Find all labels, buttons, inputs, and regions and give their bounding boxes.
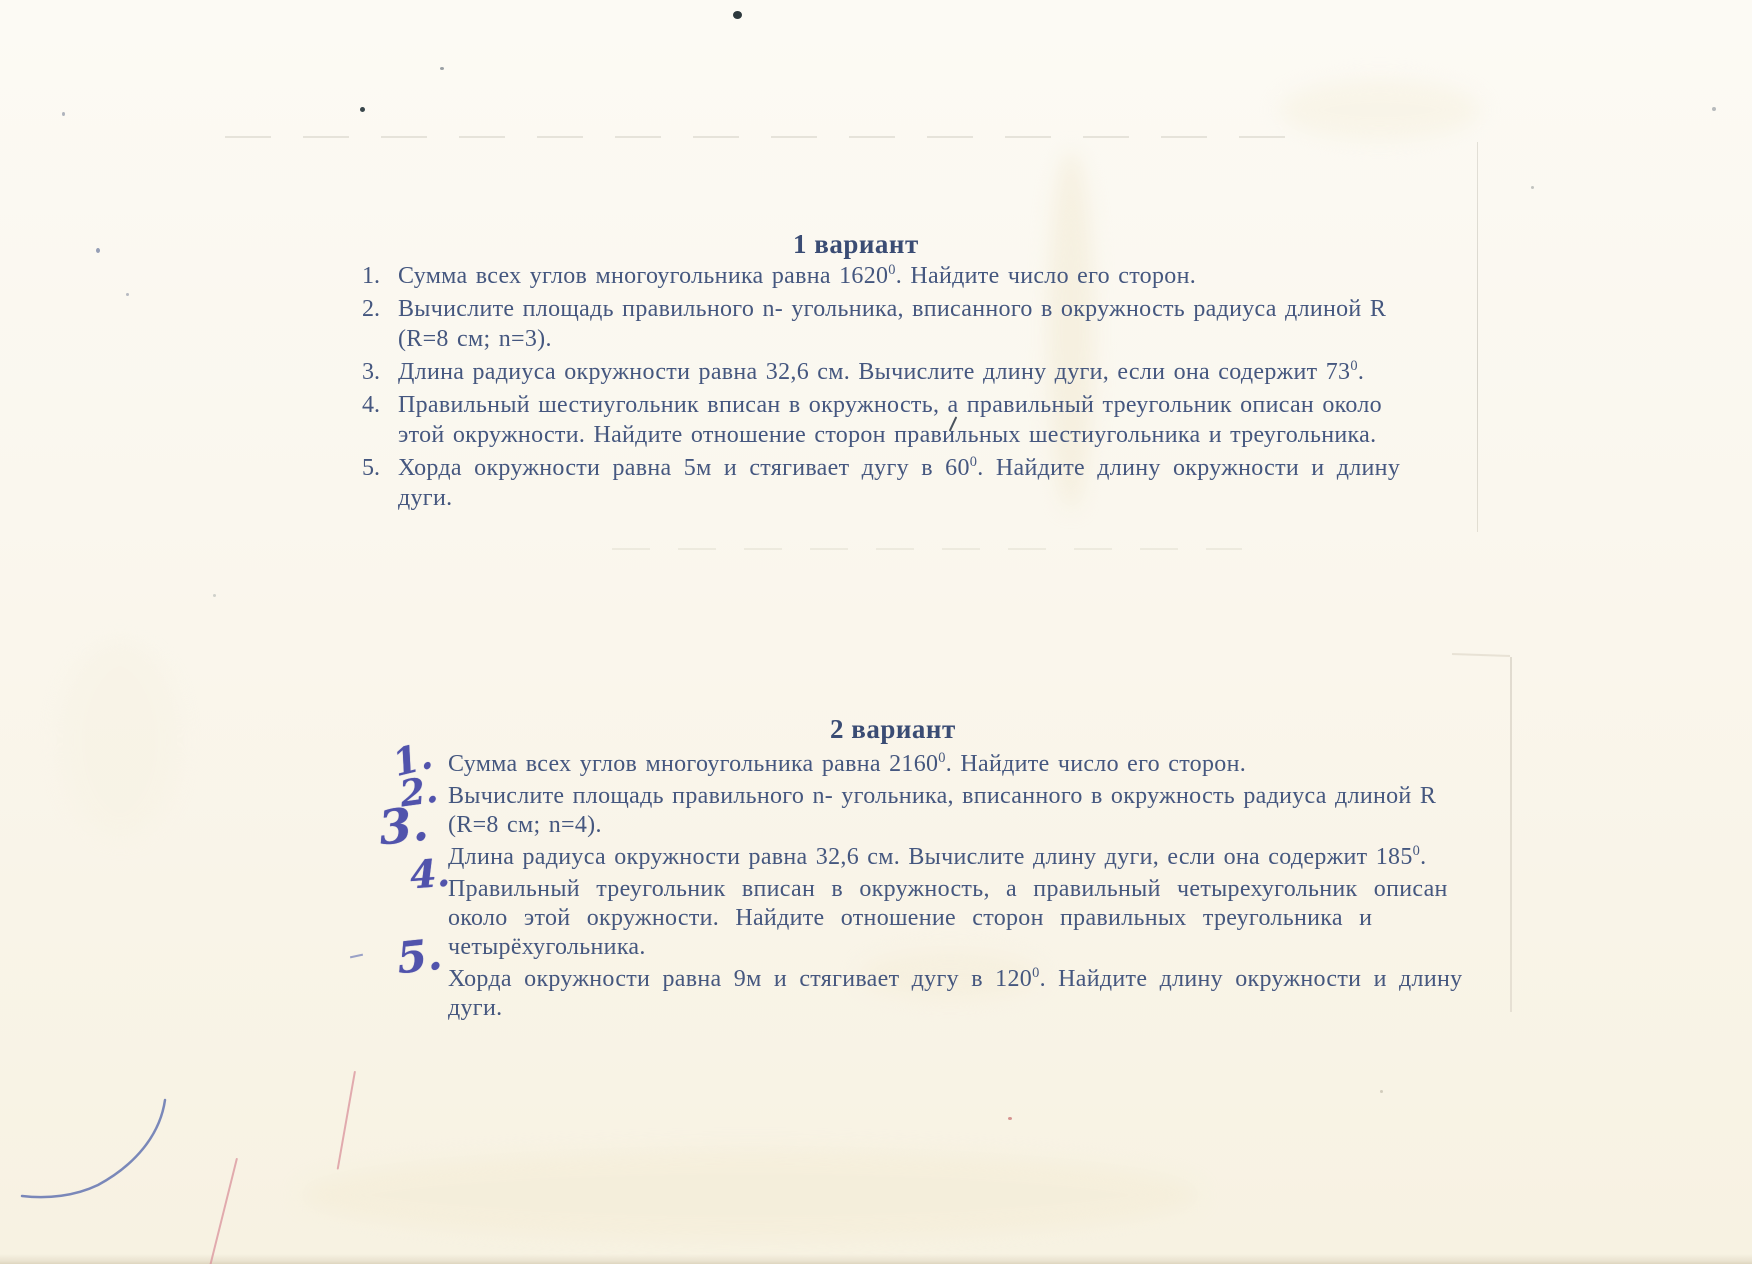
ink-speck xyxy=(1008,1117,1012,1120)
problem-text: Хорда окружности равна 5м и стягивает ду… xyxy=(398,453,1417,513)
problem-text-line: Правильный шестиугольник вписан в окружн… xyxy=(398,390,1417,420)
problem-item: Хорда окружности равна 9м и стягивает ду… xyxy=(448,965,1458,1023)
blue-pen-scribble xyxy=(10,1080,190,1210)
scan-ghost-line-middle xyxy=(612,548,1242,550)
problem-item: 1.Сумма всех углов многоугольника равна … xyxy=(362,261,1417,291)
problem-item: 2.Вычислите площадь правильного n- уголь… xyxy=(362,294,1417,354)
problem-item: Вычислите площадь правильного n- угольни… xyxy=(448,782,1458,840)
problem-text: Правильный треугольник вписан в окружнос… xyxy=(448,875,1458,962)
sheet-edge-right-bottom xyxy=(1510,657,1512,1012)
item-number: 2. xyxy=(362,294,398,354)
variant2-section: 2 вариант Сумма всех углов многоугольник… xyxy=(448,714,1458,1026)
scan-bottom-edge xyxy=(0,1254,1752,1264)
red-pen-line xyxy=(337,1071,356,1170)
handwritten-item-number: 3. xyxy=(376,797,431,857)
problem-text-line: (R=8 см; n=3). xyxy=(398,324,1417,354)
ink-speck xyxy=(733,11,742,19)
problem-text-line: четырёхугольника. xyxy=(448,933,1458,962)
problem-text-line: Длина радиуса окружности равна 32,6 см. … xyxy=(448,843,1458,872)
problem-text: Вычислите площадь правильного n- угольни… xyxy=(398,294,1417,354)
variant1-problem-list: 1.Сумма всех углов многоугольника равна … xyxy=(362,229,1417,513)
problem-item: Сумма всех углов многоугольника равна 21… xyxy=(448,750,1458,779)
handwritten-item-number: 5. xyxy=(395,930,445,984)
problem-text-line: Хорда окружности равна 5м и стягивает ду… xyxy=(398,453,1417,483)
sheet-edge-right-top xyxy=(1477,142,1478,532)
scanned-worksheet-page: 1 вариант 1.Сумма всех углов многоугольн… xyxy=(0,0,1752,1264)
problem-text-line: Сумма всех углов многоугольника равна 16… xyxy=(398,261,1417,291)
problem-item: 4.Правильный шестиугольник вписан в окру… xyxy=(362,390,1417,450)
problem-text: Сумма всех углов многоугольника равна 16… xyxy=(398,261,1417,291)
problem-text-line: Хорда окружности равна 9м и стягивает ду… xyxy=(448,965,1462,994)
problem-text-line: Вычислите площадь правильного n- угольни… xyxy=(448,782,1458,811)
problem-text-line: Длина радиуса окружности равна 32,6 см. … xyxy=(398,357,1417,387)
problem-text-line: около этой окружности. Найдите отношение… xyxy=(448,904,1458,933)
variant1-section: 1 вариант 1.Сумма всех углов многоугольн… xyxy=(362,229,1417,516)
ink-speck xyxy=(360,107,365,112)
problem-text-line: этой окружности. Найдите отношение сторо… xyxy=(398,420,1417,450)
ink-speck xyxy=(213,594,216,597)
problem-text-line: дуги. xyxy=(398,483,1417,513)
variant1-title: 1 вариант xyxy=(793,229,919,260)
ink-speck xyxy=(1531,186,1534,189)
variant2-title: 2 вариант xyxy=(830,714,956,745)
ink-speck xyxy=(1380,1090,1383,1093)
problem-text: Хорда окружности равна 9м и стягивает ду… xyxy=(448,965,1462,1023)
problem-text: Длина радиуса окружности равна 32,6 см. … xyxy=(448,843,1458,872)
problem-text-line: дуги. xyxy=(448,994,1462,1023)
paper-stain xyxy=(60,640,180,840)
ink-speck xyxy=(440,67,444,70)
ink-speck xyxy=(126,293,129,296)
item-number: 4. xyxy=(362,390,398,450)
problem-item: Длина радиуса окружности равна 32,6 см. … xyxy=(448,843,1458,872)
variant2-problem-list: Сумма всех углов многоугольника равна 21… xyxy=(448,714,1458,1023)
problem-text: Правильный шестиугольник вписан в окружн… xyxy=(398,390,1417,450)
ink-speck xyxy=(62,112,65,116)
problem-text-line: Вычислите площадь правильного n- угольни… xyxy=(398,294,1417,324)
scan-ghost-line-top xyxy=(225,136,1285,138)
problem-item: 3.Длина радиуса окружности равна 32,6 см… xyxy=(362,357,1417,387)
problem-text: Длина радиуса окружности равна 32,6 см. … xyxy=(398,357,1417,387)
item-number: 3. xyxy=(362,357,398,387)
sheet-edge-corner-tick xyxy=(1452,653,1510,657)
problem-text-line: Правильный треугольник вписан в окружнос… xyxy=(448,875,1458,904)
problem-item: Правильный треугольник вписан в окружнос… xyxy=(448,875,1458,962)
problem-text-line: Сумма всех углов многоугольника равна 21… xyxy=(448,750,1458,779)
problem-text-line: (R=8 см; n=4). xyxy=(448,811,1458,840)
problem-text: Сумма всех углов многоугольника равна 21… xyxy=(448,750,1458,779)
item-number: 5. xyxy=(362,453,398,513)
ink-speck xyxy=(96,248,100,253)
paper-stain xyxy=(1280,80,1480,140)
problem-item: 5.Хорда окружности равна 5м и стягивает … xyxy=(362,453,1417,513)
handwritten-item-number: 4. xyxy=(408,850,451,898)
red-pen-line xyxy=(209,1158,238,1264)
handwritten-dash xyxy=(350,954,363,959)
problem-text: Вычислите площадь правильного n- угольни… xyxy=(448,782,1458,840)
ink-speck xyxy=(1712,107,1716,111)
paper-stain xyxy=(300,1150,1200,1240)
item-number: 1. xyxy=(362,261,398,291)
